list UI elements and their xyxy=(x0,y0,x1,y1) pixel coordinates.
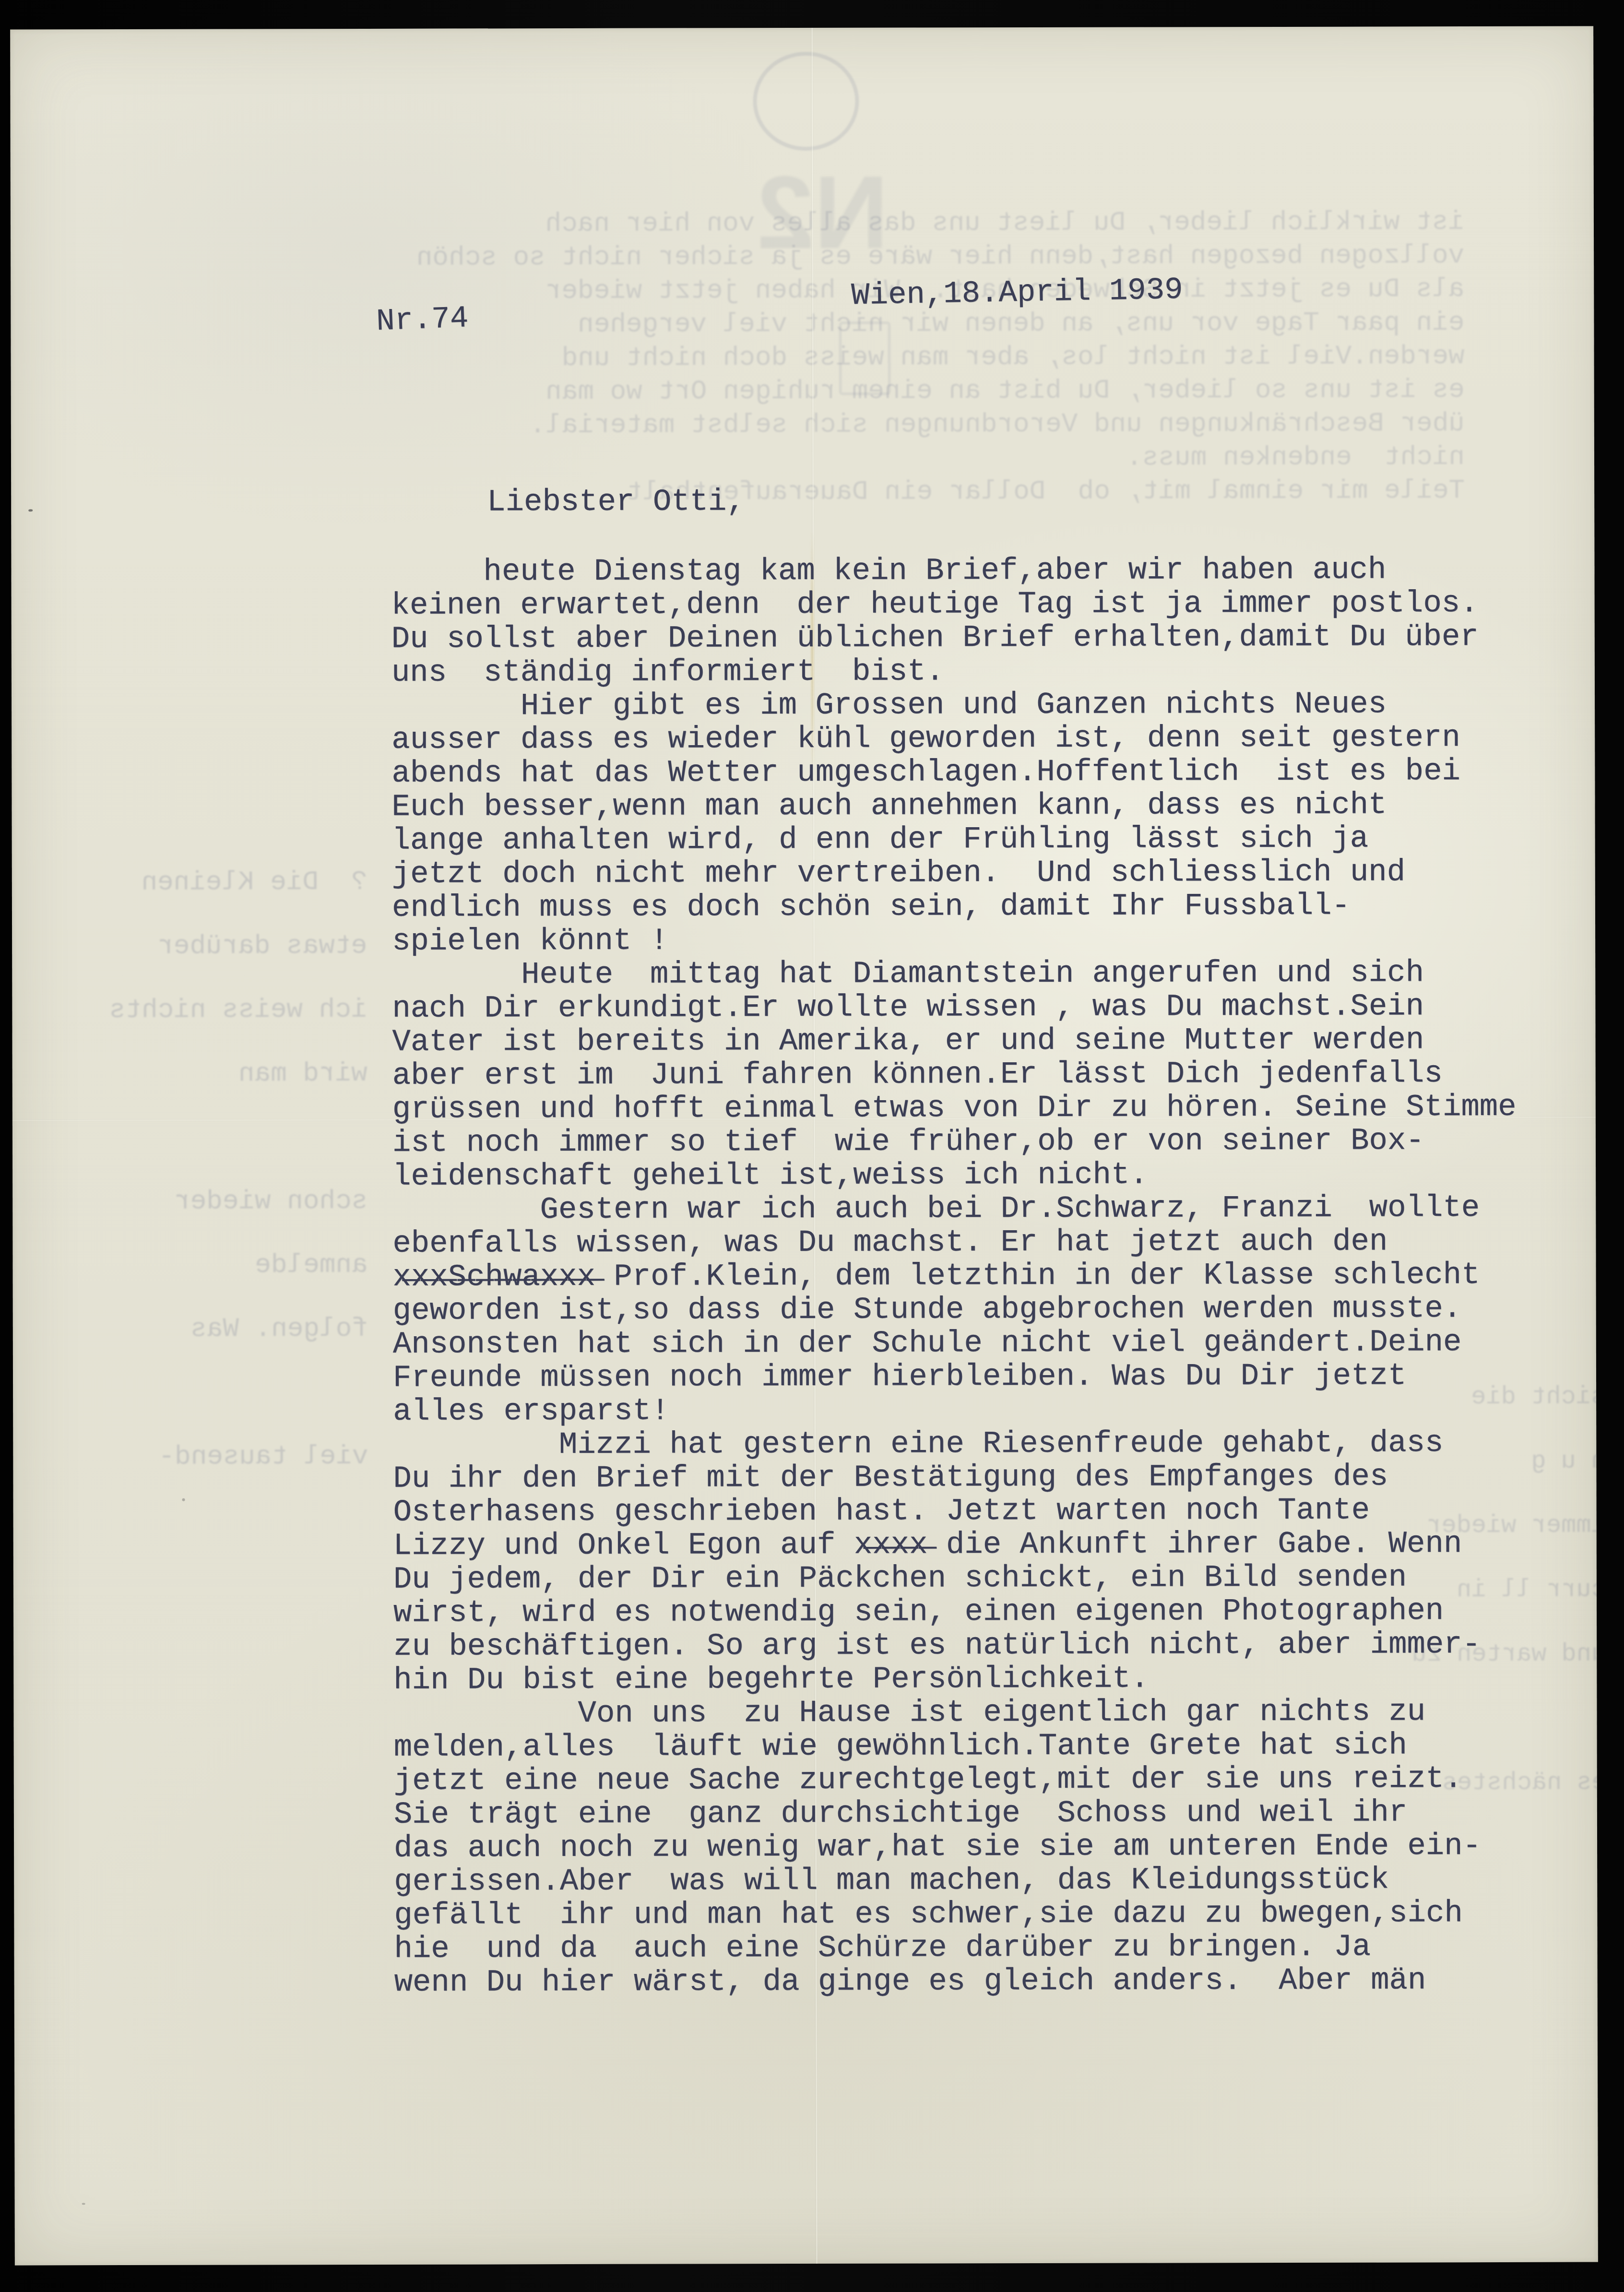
salutation: Liebster Otti, xyxy=(487,485,745,520)
letter-line: Du sollst aber Deinen üblichen Brief erh… xyxy=(391,620,1516,656)
letter-line: Gestern war ich auch bei Dr.Schwarz, Fra… xyxy=(392,1191,1517,1227)
bleedthrough-top-text: ist wirklich lieber, Du liest uns das al… xyxy=(366,205,1465,510)
bleedthrough-line: über Beschränkungen und Verordnungen sic… xyxy=(366,406,1465,442)
letter-line: endlich muss es doch schön sein, damit I… xyxy=(392,889,1516,925)
bleedthrough-line: schon wieder xyxy=(27,1169,367,1234)
bleedthrough-line: folgen. Was xyxy=(27,1297,368,1361)
bleedthrough-line: ? Die Kleinen xyxy=(26,850,367,914)
bleedthrough-line xyxy=(27,1105,367,1170)
bleedthrough-line: vollzogen bezogen hast,denn hier wäre es… xyxy=(366,238,1464,274)
letter-line: zu beschäftigen. So arg ist es natürlich… xyxy=(393,1628,1517,1664)
bleedthrough-line: ich weiss nichts xyxy=(26,978,367,1042)
dateline: Wien,18.April 1939 xyxy=(851,273,1183,313)
bleedthrough-left-text: ? Die Kleinenetwas darüberich weiss nich… xyxy=(26,850,368,1489)
letter-line: keinen erwartet,denn der heutige Tag ist… xyxy=(391,587,1516,623)
bleedthrough-line: wird man xyxy=(27,1042,367,1106)
letter-line: Von uns zu Hause ist eigentlich gar nich… xyxy=(393,1695,1517,1731)
letter-line: melden,alles läuft wie gewöhnlich.Tante … xyxy=(394,1729,1518,1765)
bleedthrough-line: es ist uns so lieber, Du bist an einem r… xyxy=(366,373,1465,409)
letter-line: hie und da auch eine Schürze darüber zu … xyxy=(394,1930,1518,1966)
letter-line: Sie trägt eine ganz durchsichtige Schoss… xyxy=(394,1796,1518,1832)
letter-page: ist wirklich lieber, Du liest uns das al… xyxy=(10,26,1598,2266)
letter-line: gerissen.Aber was will man machen, das K… xyxy=(394,1863,1518,1899)
letter-line: lange anhalten wird, d enn der Frühling … xyxy=(392,822,1516,858)
dust-speck xyxy=(82,2203,85,2205)
letter-line: geworden ist,so dass die Stunde abgebroc… xyxy=(393,1292,1517,1328)
letter-line: ist noch immer so tief wie früher,ob er … xyxy=(392,1124,1517,1160)
letter-line: Euch besser,wenn man auch annehmen kann,… xyxy=(391,788,1516,824)
bleedthrough-line: anmelde xyxy=(27,1233,367,1297)
letter-line: nach Dir erkundigt.Er wollte wissen , wa… xyxy=(392,990,1516,1026)
censor-stamp-glyph-icon: N2 xyxy=(757,157,889,268)
letter-line: Lizzy und Onkel Egon auf x̶x̶x̶x̶ die An… xyxy=(393,1527,1517,1563)
bleedthrough-line: ist wirklich lieber, Du liest uns das al… xyxy=(366,205,1464,241)
letter-line: Osterhasens geschrieben hast. Jetzt wart… xyxy=(393,1494,1517,1530)
letter-line: Du ihr den Brief mit der Bestätigung des… xyxy=(393,1460,1517,1496)
letter-line: wirst, wird es notwendig sein, einen eig… xyxy=(393,1594,1517,1630)
censor-stamp-box-icon xyxy=(839,321,890,395)
letter-line: spielen könnt ! xyxy=(392,923,1516,959)
letter-line: Vater ist bereits in Amerika, er und sei… xyxy=(392,1023,1516,1059)
letter-line: das auch noch zu wenig war,hat sie sie a… xyxy=(394,1829,1518,1865)
bleedthrough-line: nicht endenken muss. xyxy=(366,440,1465,476)
letter-line: wenn Du hier wärst, da ginge es gleich a… xyxy=(394,1964,1518,2000)
letter-line: gefällt ihr und man hat es schwer,sie da… xyxy=(394,1897,1518,1933)
scanner-background: ist wirklich lieber, Du liest uns das al… xyxy=(0,0,1624,2292)
letter-line: Freunde müssen noch immer hierbleiben. W… xyxy=(393,1359,1517,1395)
letter-number: Nr.74 xyxy=(376,301,469,339)
letter-line: jetzt doch nicht mehr vertreiben. Und sc… xyxy=(392,855,1516,891)
letter-line: leidenschaft geheilt ist,weiss ich nicht… xyxy=(392,1158,1517,1194)
letter-line: abends hat das Wetter umgeschlagen.Hoffe… xyxy=(391,755,1516,791)
letter-line: Du jedem, der Dir ein Päckchen schickt, … xyxy=(393,1561,1517,1597)
letter-line: heute Dienstag kam kein Brief,aber wir h… xyxy=(391,553,1515,589)
letter-line: jetzt eine neue Sache zurechtgelegt,mit … xyxy=(394,1762,1518,1798)
letter-line: Hier gibt es im Grossen und Ganzen nicht… xyxy=(391,688,1516,724)
letter-line: alles ersparst! xyxy=(393,1393,1517,1429)
letter-line: Mizzi hat gestern eine Riesenfreude geha… xyxy=(393,1426,1517,1462)
letter-line: aber erst im Juni fahren können.Er lässt… xyxy=(392,1057,1517,1093)
dust-speck xyxy=(28,509,33,511)
bleedthrough-line: viel tausend- xyxy=(27,1425,368,1489)
bleedthrough-line: etwas darüber xyxy=(26,914,367,978)
letter-line: x̶x̶x̶S̶c̶h̶w̶a̶x̶x̶x̶ Prof.Klein, dem l… xyxy=(393,1259,1517,1294)
bleedthrough-line xyxy=(27,1361,368,1425)
letter-body: heute Dienstag kam kein Brief,aber wir h… xyxy=(391,553,1518,2000)
letter-line: hin Du bist eine begehrte Persönlichkeit… xyxy=(393,1662,1517,1698)
censor-stamp-circle-icon xyxy=(753,52,859,151)
letter-line: ebenfalls wissen, was Du machst. Er hat … xyxy=(392,1225,1517,1261)
letter-line: uns ständig informiert bist. xyxy=(391,654,1516,690)
letter-line: grüssen und hofft einmal etwas von Dir z… xyxy=(392,1091,1517,1127)
letter-line: ausser dass es wieder kühl geworden ist,… xyxy=(391,721,1516,757)
dust-speck xyxy=(182,1498,185,1501)
letter-line: Ansonsten hat sich in der Schule nicht v… xyxy=(393,1326,1517,1362)
bleedthrough-line: werden.Viel ist nicht los, aber man weis… xyxy=(366,339,1464,375)
letter-line: Heute mittag hat Diamantstein angerufen … xyxy=(392,956,1516,992)
